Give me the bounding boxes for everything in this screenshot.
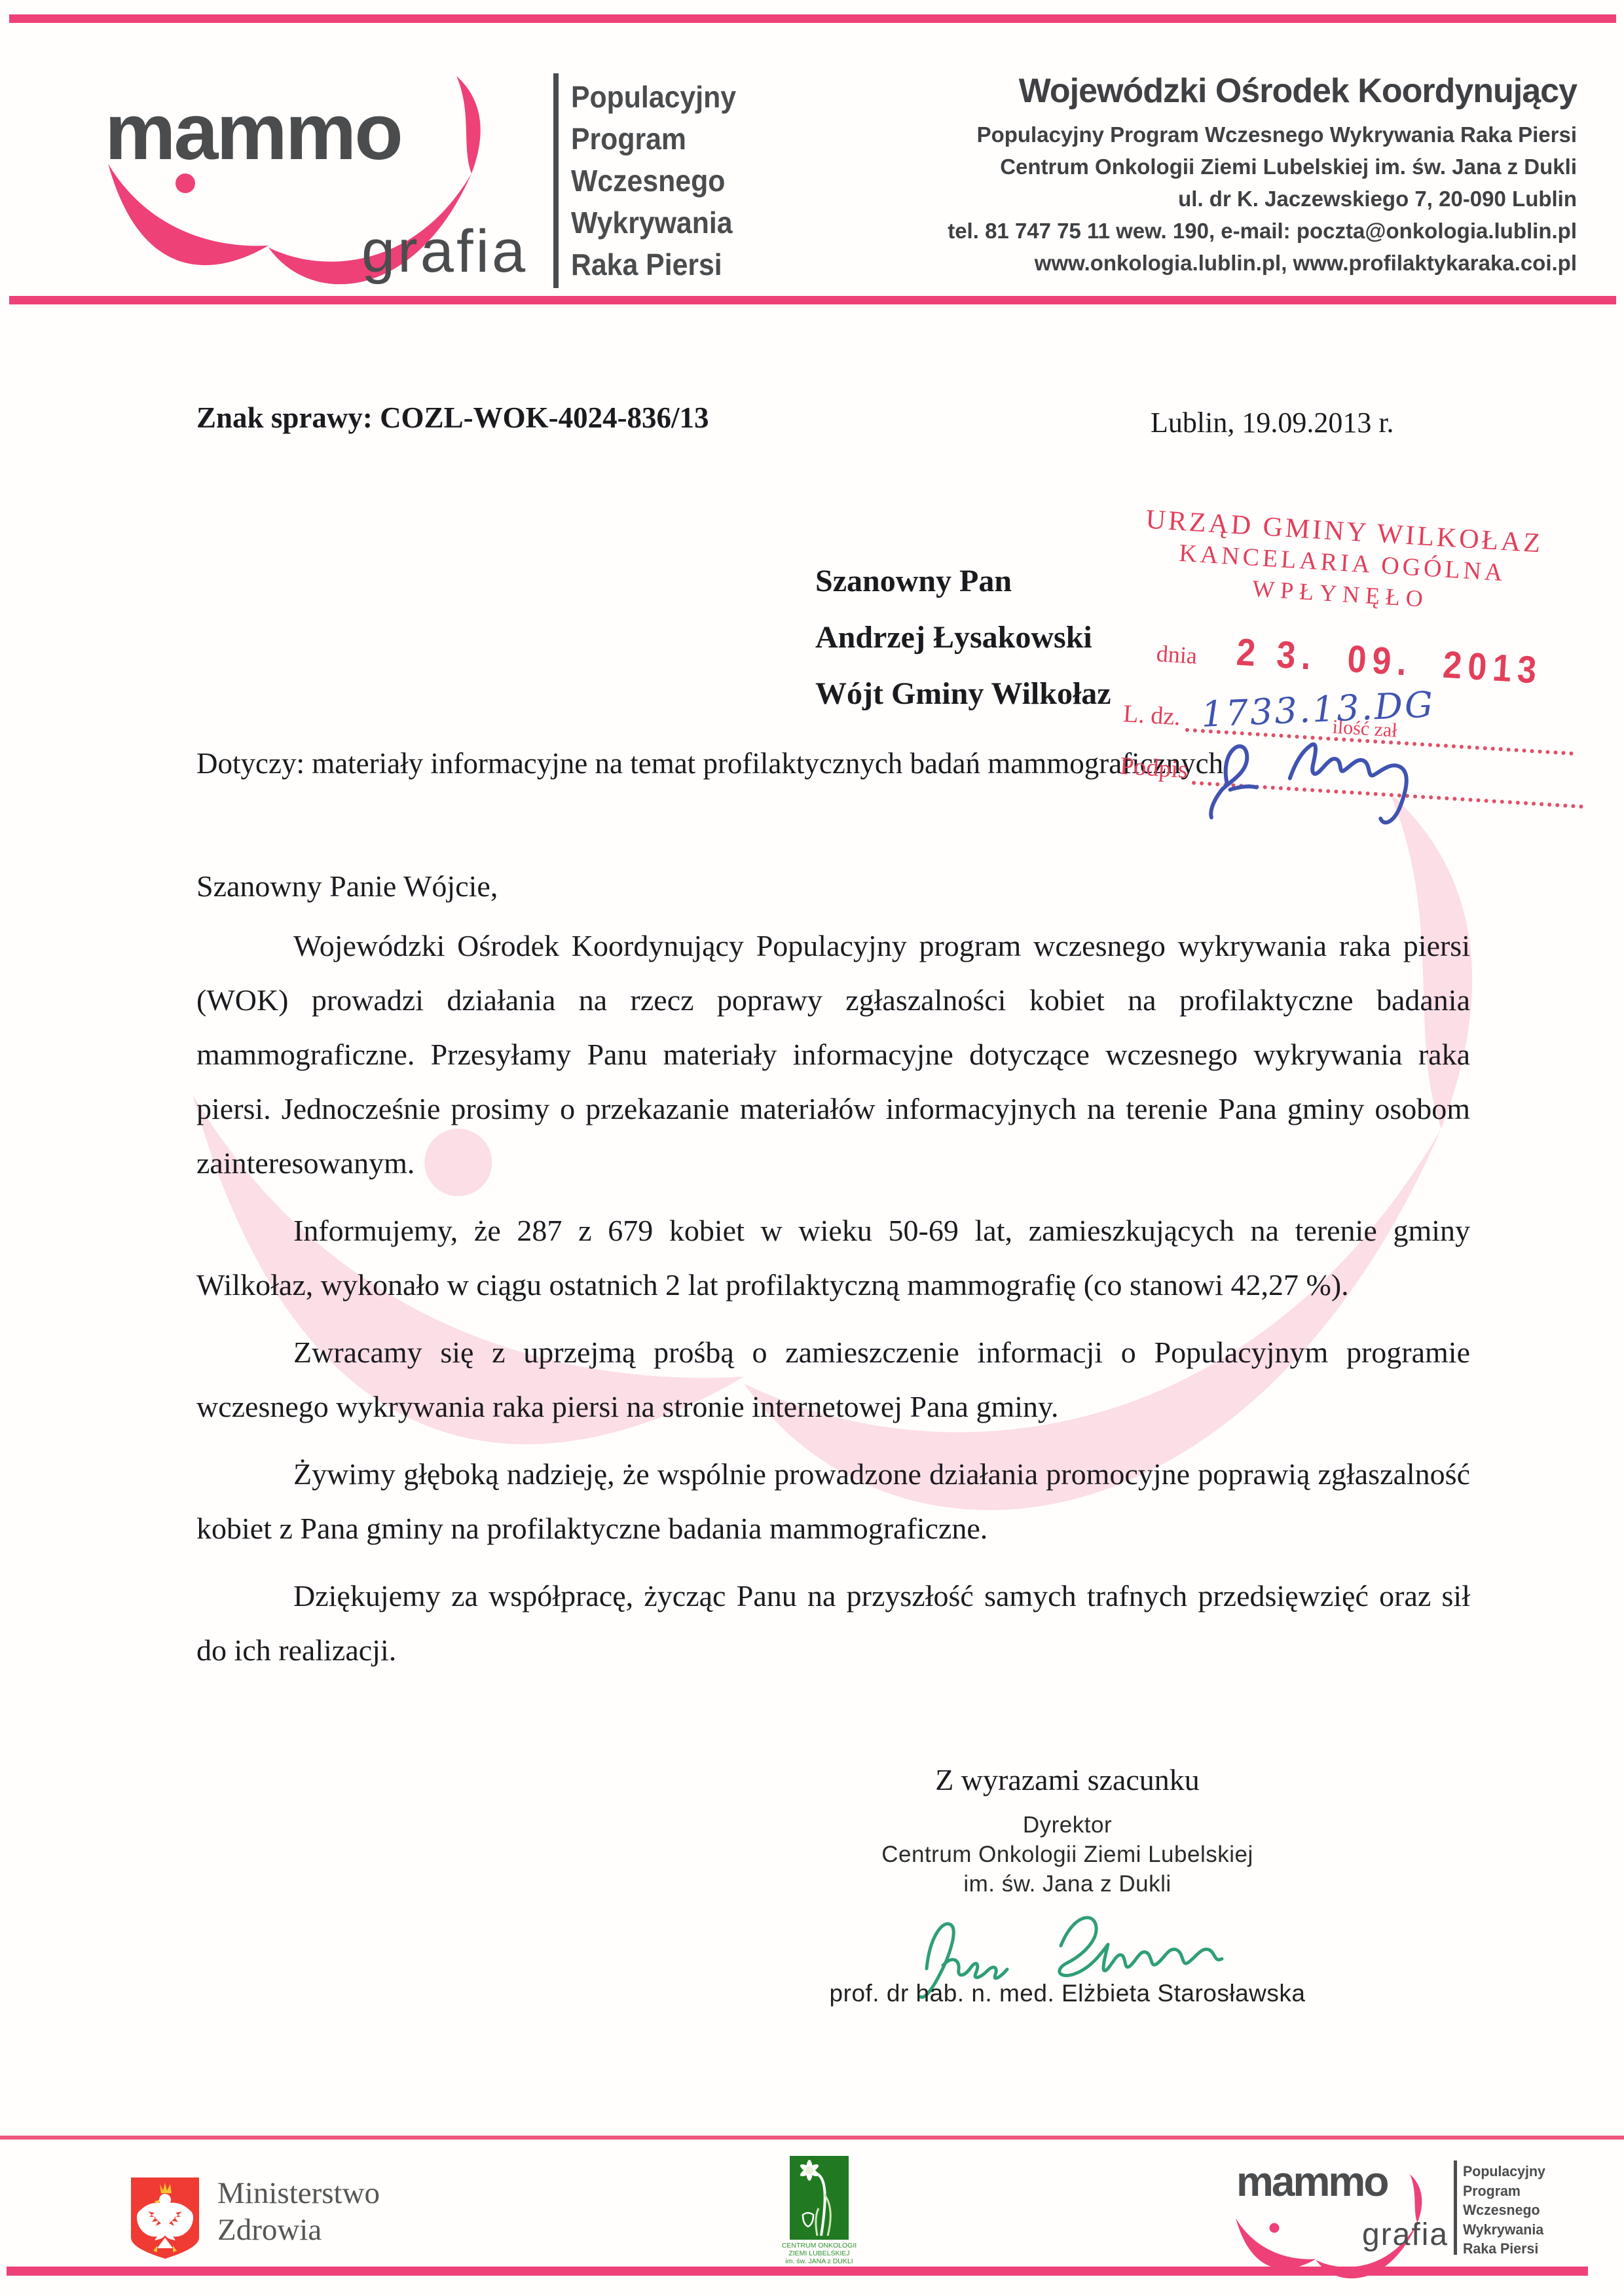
subject-line: Dotyczy: materiały informacyjne na temat…	[196, 746, 1223, 780]
stamp-date-row: dnia 2 3. 09. 2013	[1120, 626, 1553, 691]
org-line: Centrum Onkologii Ziemi Lubelskiej im. ś…	[948, 151, 1577, 183]
caption-line: ZIEMI LUBELSKIEJ	[750, 2250, 888, 2257]
body-paragraph: Żywimy głęboką nadzieję, że wspólnie pro…	[196, 1447, 1470, 1556]
top-accent-rule	[9, 14, 1616, 23]
stamp-date-label: dnia	[1156, 640, 1198, 670]
bottom-accent-rule	[7, 2267, 1588, 2276]
logo-divider-bar	[1454, 2160, 1457, 2255]
letter-body: Szanowny Panie Wójcie, Wojewódzki Ośrode…	[196, 859, 1470, 1677]
scanned-letter-page: mammo grafia Populacyjny Program Wczesne…	[0, 0, 1624, 2296]
addressee-line: Wójt Gminy Wilkołaz	[815, 666, 1111, 722]
office-received-stamp: URZĄD GMINY WILKOŁAZ KANCELARIA OGÓLNA W…	[1113, 503, 1561, 807]
oncology-center-daffodil-icon	[790, 2156, 849, 2240]
mammografia-logo-small: mammo grafia Populacyjny Program Wczesne…	[1223, 2158, 1577, 2263]
polish-eagle-emblem-icon	[128, 2175, 202, 2261]
stamp-date-value: 2 3. 09. 2013	[1235, 630, 1543, 693]
logo-word-grafia: grafia	[361, 221, 528, 282]
addressee-line: Andrzej Łysakowski	[815, 610, 1111, 666]
closing-phrase: Z wyrazami szacunku	[779, 1762, 1356, 1797]
signer-org-line: im. św. Jana z Dukli	[779, 1869, 1356, 1899]
org-line: www.onkologia.lublin.pl, www.profilaktyk…	[948, 247, 1577, 279]
signer-title: Dyrektor	[779, 1810, 1356, 1840]
body-paragraph: Dziękujemy za współpracę, życząc Panu na…	[196, 1569, 1470, 1677]
caption-line: CENTRUM ONKOLOGII	[750, 2242, 888, 2250]
oncology-center-caption: CENTRUM ONKOLOGII ZIEMI LUBELSKIEJ im. ś…	[750, 2242, 888, 2265]
logo-program-line: Wykrywania	[571, 202, 736, 244]
logo-word-grafia: grafia	[1362, 2219, 1449, 2251]
salutation: Szanowny Panie Wójcie,	[196, 859, 1470, 913]
stamp-ldz-label: L. dz.	[1122, 699, 1181, 731]
handwritten-signature-ink	[1189, 710, 1470, 838]
logo-word-mammo: mammo	[105, 92, 401, 172]
logo-program-line: Program	[1463, 2181, 1545, 2201]
logo-divider-bar	[553, 73, 559, 288]
logo-program-line: Program	[571, 118, 736, 160]
org-title: Wojewódzki Ośrodek Koordynujący	[948, 73, 1577, 109]
ministry-line: Zdrowia	[217, 2212, 380, 2248]
logo-program-line: Populacyjny	[571, 76, 736, 118]
logo-program-line: Wczesnego	[1463, 2200, 1545, 2220]
case-number: Znak sprawy: COZL-WOK-4024-836/13	[196, 401, 709, 435]
addressee-block: Szanowny Pan Andrzej Łysakowski Wójt Gmi…	[815, 553, 1111, 722]
logo-program-text: Populacyjny Program Wczesnego Wykrywania…	[1463, 2162, 1545, 2259]
body-paragraph: Zwracamy się z uprzejmą prośbą o zamiesz…	[196, 1325, 1470, 1434]
caption-line: im. św. JANA z DUKLI	[750, 2257, 888, 2265]
signer-org-line: Centrum Onkologii Ziemi Lubelskiej	[779, 1840, 1356, 1869]
logo-word-mammo: mammo	[1236, 2160, 1387, 2202]
ministry-of-health-label: Ministerstwo Zdrowia	[217, 2175, 380, 2248]
place-and-date: Lublin, 19.09.2013 r.	[1151, 406, 1394, 439]
signer-name: prof. dr hab. n. med. Elżbieta Starosław…	[779, 1980, 1356, 2007]
org-line: Populacyjny Program Wczesnego Wykrywania…	[948, 118, 1577, 151]
logo-program-line: Raka Piersi	[571, 244, 736, 285]
org-line: tel. 81 747 75 11 wew. 190, e-mail: pocz…	[948, 215, 1577, 247]
logo-program-line: Populacyjny	[1463, 2162, 1545, 2181]
logo-program-text: Populacyjny Program Wczesnego Wykrywania…	[571, 76, 736, 285]
logo-program-line: Wykrywania	[1463, 2220, 1545, 2240]
logo-program-line: Wczesnego	[571, 160, 736, 202]
closing-block: Z wyrazami szacunku Dyrektor Centrum Onk…	[779, 1762, 1356, 2007]
org-line: ul. dr K. Jaczewskiego 7, 20-090 Lublin	[948, 183, 1577, 215]
footer-separator-rule	[0, 2136, 1624, 2140]
body-paragraph: Wojewódzki Ośrodek Koordynujący Populacy…	[196, 919, 1470, 1190]
logo-program-line: Raka Piersi	[1463, 2239, 1545, 2259]
addressee-line: Szanowny Pan	[815, 553, 1111, 610]
body-paragraph: Informujemy, że 287 z 679 kobiet w wieku…	[196, 1203, 1470, 1312]
ministry-line: Ministerstwo	[217, 2175, 380, 2212]
stamp-signature-label: Podpis	[1119, 752, 1189, 784]
letterhead-org-block: Wojewódzki Ośrodek Koordynujący Populacy…	[948, 73, 1577, 279]
